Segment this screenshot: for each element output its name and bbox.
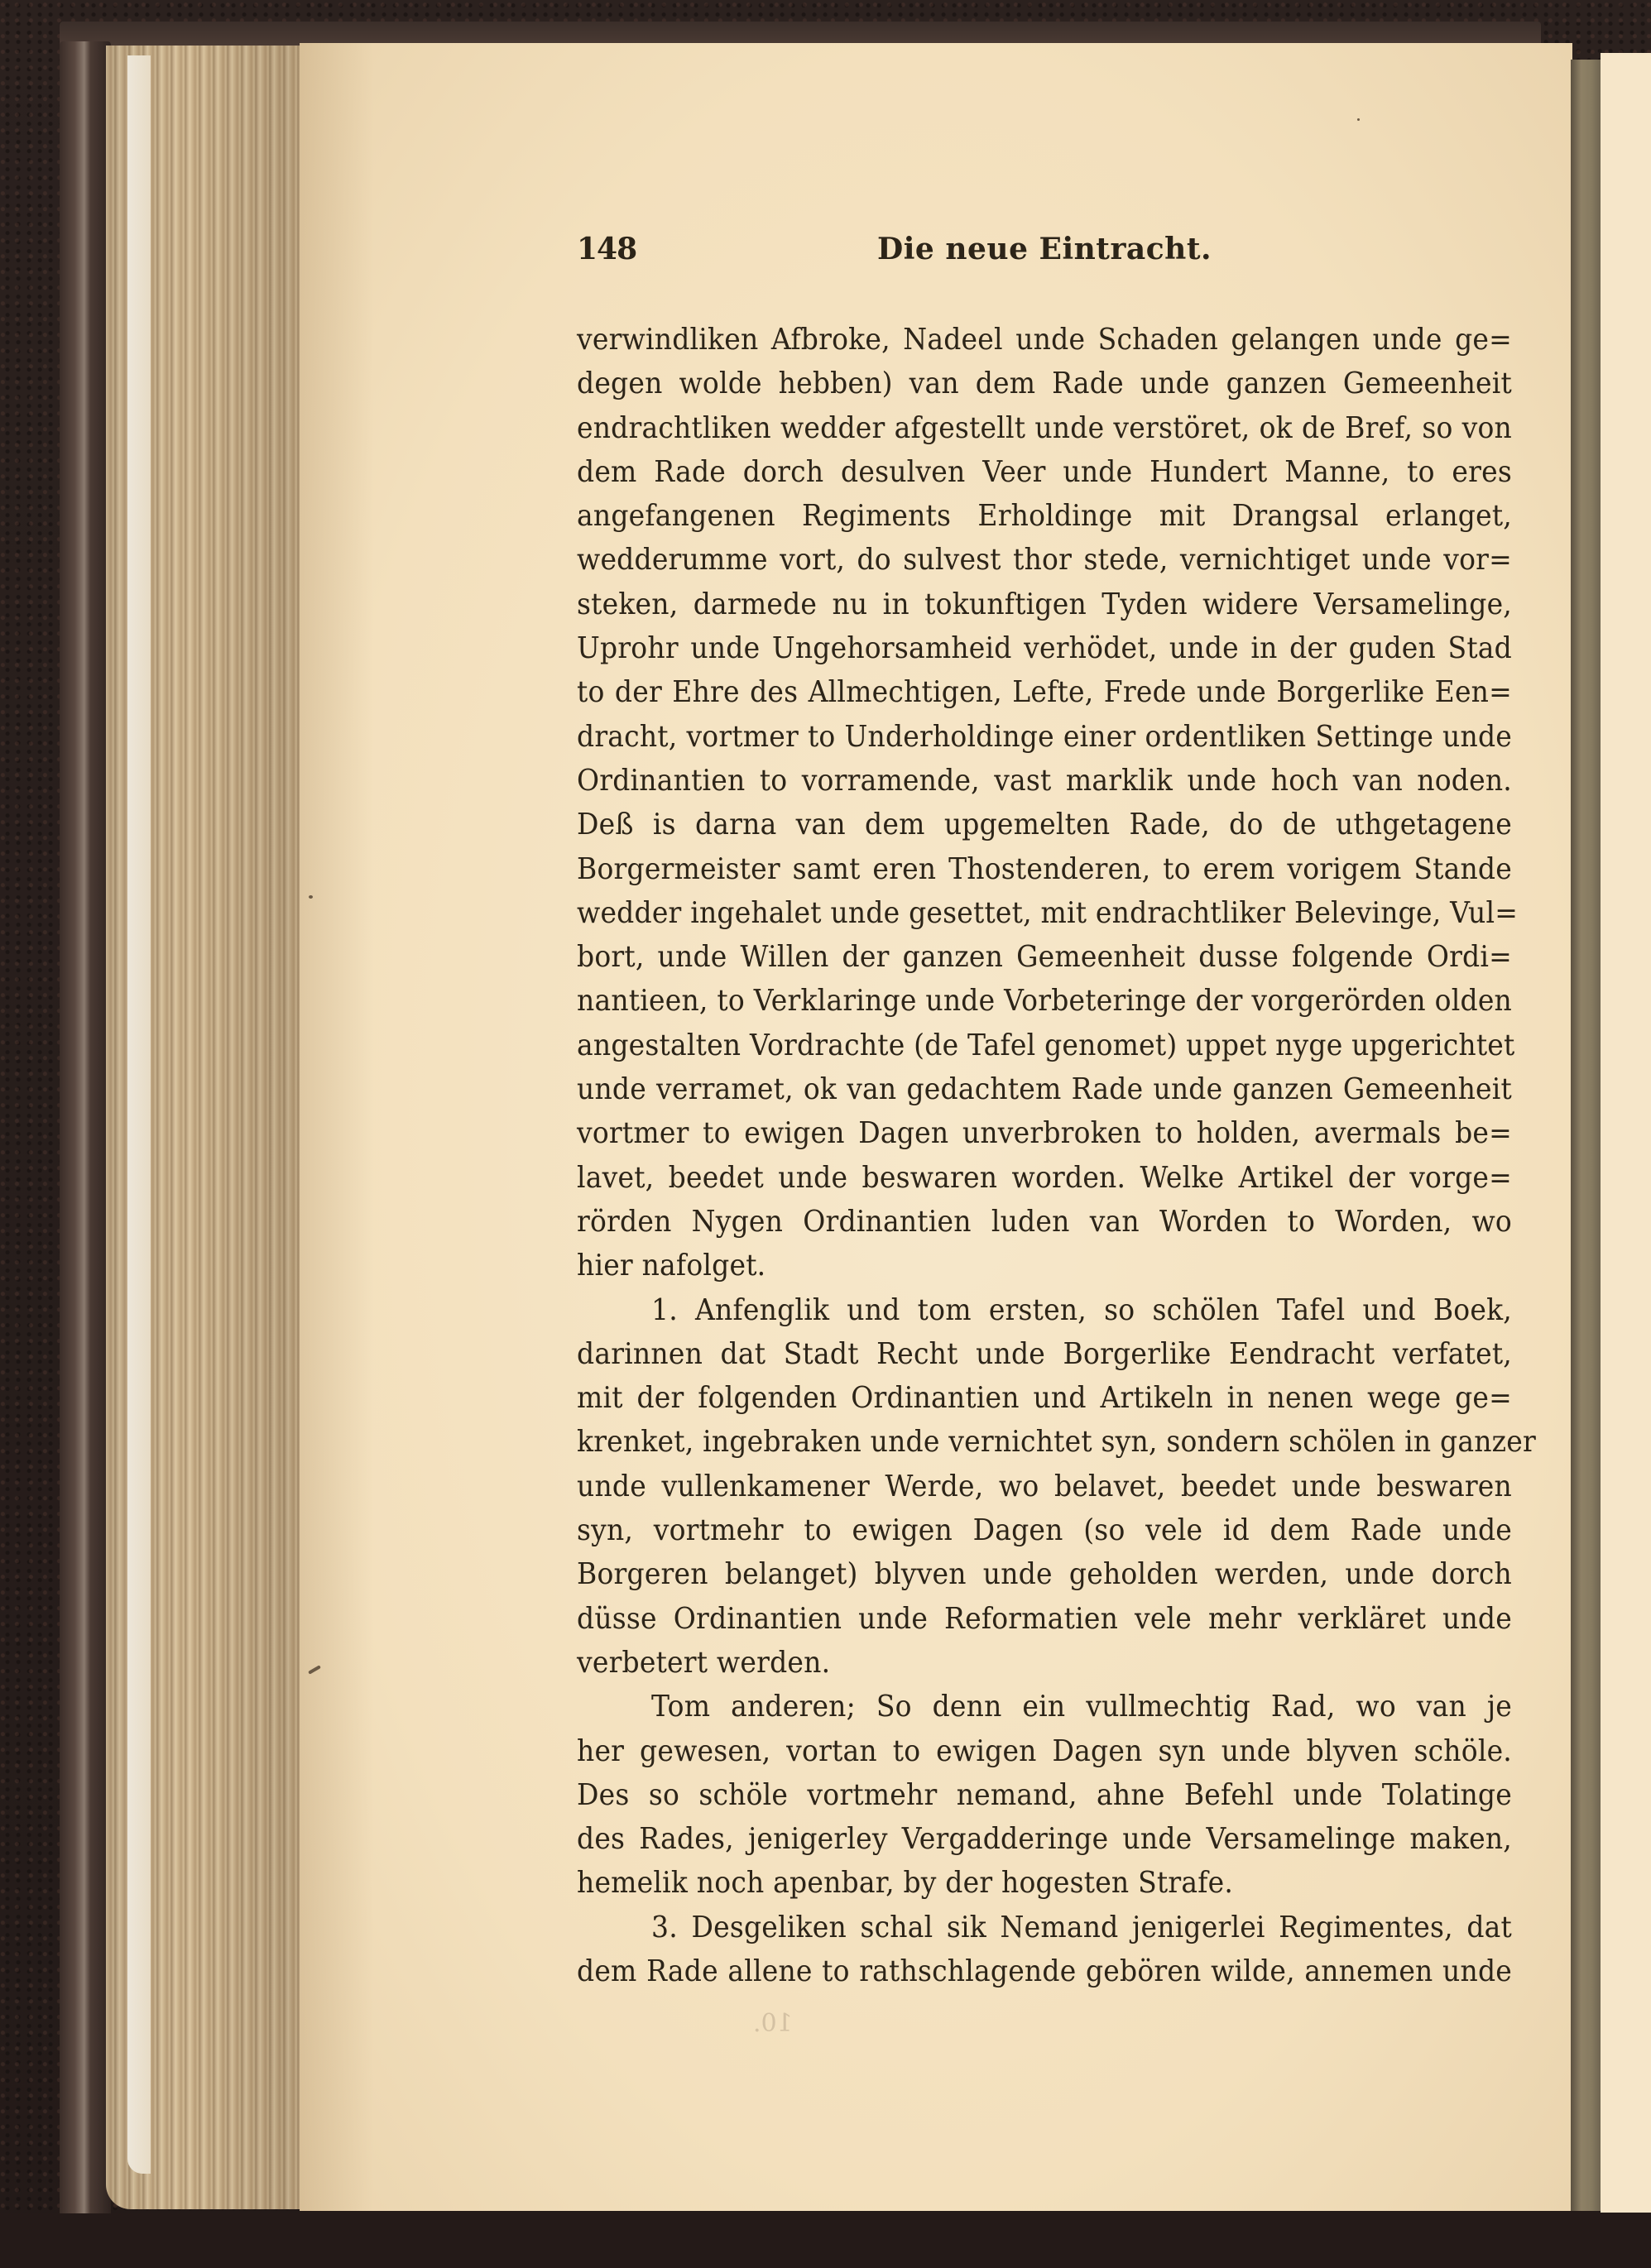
article-2-start: Tom anderen; So denn ein vullmechtig Rad…: [577, 1682, 1512, 1730]
text-line: lavet, beedet unde beswaren worden. Welk…: [577, 1153, 1512, 1201]
text-line: verbetert werden.: [577, 1638, 1512, 1686]
article-1-start: 1. Anfenglik und tom ersten, so schölen …: [577, 1285, 1512, 1333]
text-line: hemelik noch apenbar, by der hogesten St…: [577, 1858, 1512, 1906]
text-line: Borgeren belanget) blyven unde geholden …: [577, 1550, 1512, 1598]
text-line: steken, darmede nu in tokunftigen Tyden …: [577, 580, 1512, 628]
text-line: krenket, ingebraken unde vernichtet syn,…: [577, 1417, 1512, 1465]
text-line: endrachtliken wedder afgestellt unde ver…: [577, 403, 1512, 451]
text-line: angefangenen Regiments Erholdinge mit Dr…: [577, 491, 1512, 539]
text-line: verwindliken Afbroke, Nadeel unde Schade…: [577, 315, 1512, 363]
text-line: dem Rade dorch desulven Veer unde Hunder…: [577, 448, 1512, 496]
text-line: syn, vortmehr to ewigen Dagen (so vele i…: [577, 1506, 1512, 1554]
text-line: nantieen, to Verklaringe unde Vorbeterin…: [577, 976, 1512, 1024]
text-line: mit der folgenden Ordinantien und Artike…: [577, 1374, 1512, 1422]
text-line: rörden Nygen Ordinantien luden van Worde…: [577, 1197, 1512, 1245]
book-cover-bottom-edge: [0, 2213, 1651, 2268]
text-line: Deß is darna van dem upgemelten Rade, do…: [577, 800, 1512, 848]
text-line: düsse Ordinantien unde Reformatien vele …: [577, 1594, 1512, 1642]
book-cover-spine-edge: [60, 41, 111, 2234]
text-line: Ordinantien to vorramende, vast marklik …: [577, 756, 1512, 804]
text-line: des Rades, jenigerley Vergadderinge unde…: [577, 1815, 1512, 1863]
text-line: Des so schöle vortmehr nemand, ahne Befe…: [577, 1771, 1512, 1819]
text-line: wedderumme vort, do sulvest thor stede, …: [577, 535, 1512, 583]
text-line: Borgermeister samt eren Thostenderen, to…: [577, 844, 1512, 892]
text-line: degen wolde hebben) van dem Rade unde ga…: [577, 359, 1512, 407]
text-line: hier nafolget.: [577, 1241, 1512, 1289]
bleed-through-signature: 10.: [753, 2009, 793, 2038]
text-line: bort, unde Willen der ganzen Gemeenheit …: [577, 933, 1512, 981]
text-line: dem Rade allene to rathschlagende geböre…: [577, 1947, 1512, 1995]
paper-speck: [309, 895, 313, 899]
text-line: unde verramet, ok van gedachtem Rade und…: [577, 1065, 1512, 1113]
book-gutter: [1571, 60, 1601, 2211]
body-text: verwindliken Afbroke, Nadeel unde Schade…: [577, 317, 1512, 1992]
running-title: Die neue Eintracht.: [577, 232, 1512, 266]
text-line: darinnen dat Stadt Recht unde Borgerlike…: [577, 1330, 1512, 1378]
paper-speck: [1357, 118, 1360, 121]
text-line: unde vullenkamener Werde, wo belavet, be…: [577, 1462, 1512, 1510]
text-line: wedder ingehalet unde gesettet, mit endr…: [577, 889, 1512, 937]
text-line: angestalten Vordrachte (de Tafel genomet…: [577, 1021, 1512, 1069]
book-scan-scene: 148 Die neue Eintracht. verwindliken Afb…: [0, 0, 1651, 2268]
facing-page-sliver: [1601, 53, 1651, 2213]
text-line: to der Ehre des Allmechtigen, Lefte, Fre…: [577, 668, 1512, 716]
text-line: vortmer to ewigen Dagen unverbroken to h…: [577, 1109, 1512, 1157]
text-line: her gewesen, vortan to ewigen Dagen syn …: [577, 1726, 1512, 1774]
text-line: Uprohr unde Ungehorsamheid verhödet, und…: [577, 624, 1512, 672]
running-head: 148 Die neue Eintracht.: [577, 232, 1512, 273]
text-line: dracht, vortmer to Underholdinge einer o…: [577, 712, 1512, 760]
page-edge-stack: [106, 46, 300, 2209]
article-3-start: 3. Desgeliken schal sik Nemand jenigerle…: [577, 1903, 1512, 1951]
